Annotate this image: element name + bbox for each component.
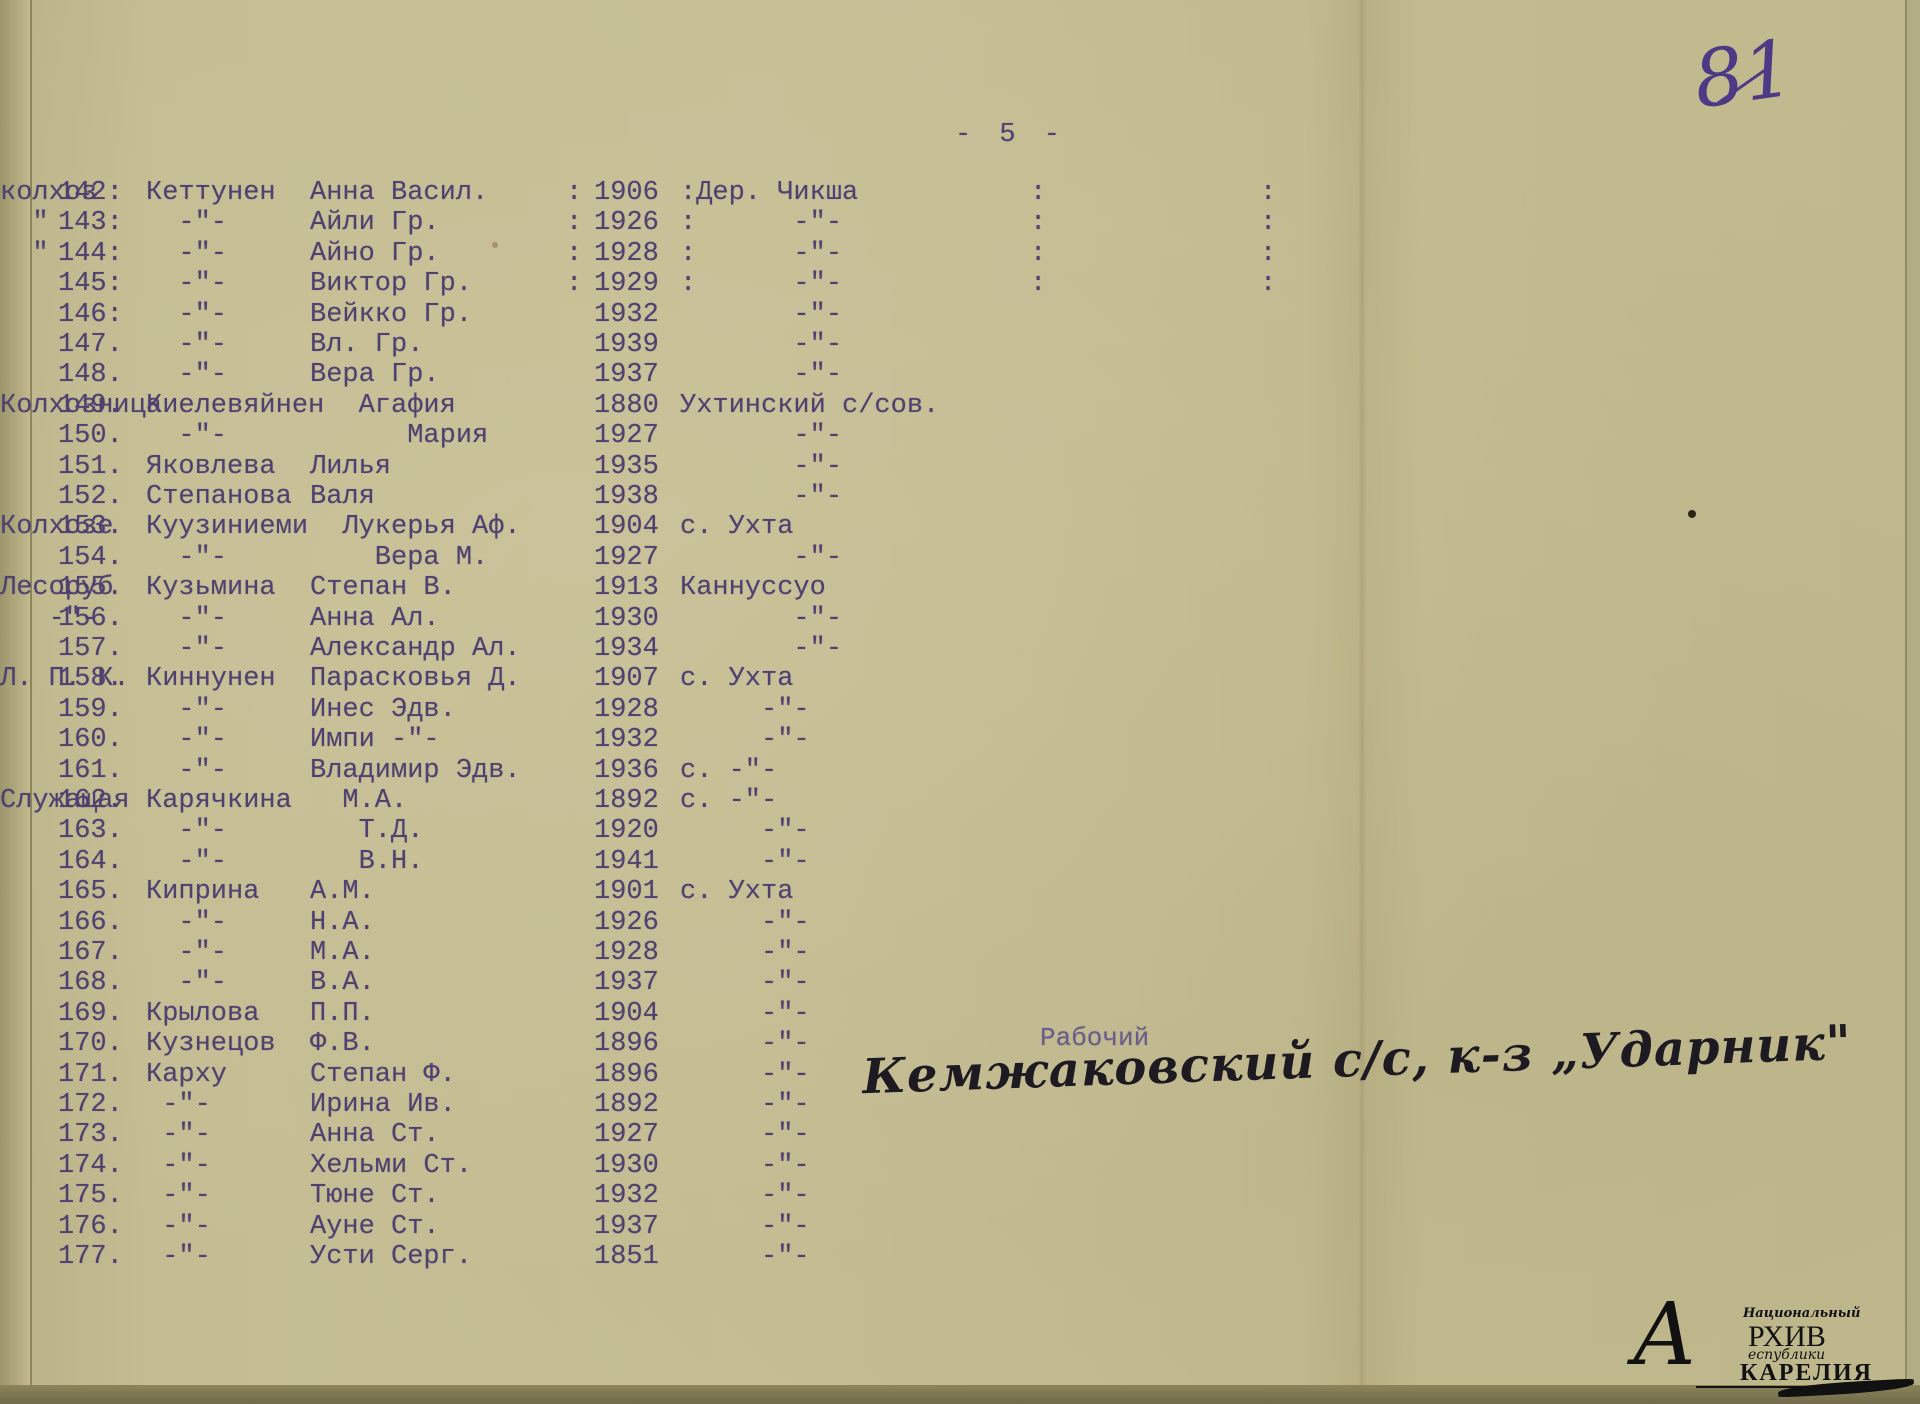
document-page (0, 0, 1920, 1404)
cell-place: с. Ухта (680, 664, 793, 694)
cell-place: -"- (680, 695, 810, 725)
cell-place: : -"- (680, 239, 842, 269)
folio-number: 81 (1688, 24, 1799, 127)
cell-year: 1934 (594, 634, 659, 664)
cell-year: 1941 (594, 847, 659, 877)
cell-year: 1935 (594, 452, 659, 482)
cell-year: 1932 (594, 725, 659, 755)
logo-line-1: Национальный (1743, 1306, 1860, 1321)
cell-given: Вл. Гр. (310, 330, 423, 360)
cell-place: -"- (680, 1212, 810, 1242)
cell-surname: -"- (146, 756, 227, 786)
cell-place: -"- (680, 300, 842, 330)
cell-occupation: колхоз (0, 178, 97, 208)
cell-surname: -"- (146, 1212, 211, 1242)
cell-num: 143: (58, 208, 138, 238)
cell-surname: -"- (146, 968, 227, 998)
cell-surname: -"- (146, 816, 227, 846)
cell-place: -"- (680, 816, 810, 846)
cell-place: с. -"- (680, 756, 777, 786)
cell-surname: Кузнецов (146, 1029, 276, 1059)
cell-place: -"- (680, 847, 810, 877)
cell-surname: Кеттунен (146, 178, 276, 208)
cell-year: 1926 (594, 908, 659, 938)
page-number: - 5 - (955, 120, 1066, 150)
cell-surname: -"- (146, 725, 227, 755)
cell-place: -"- (680, 725, 810, 755)
cell-num: 171. (58, 1060, 138, 1090)
cell-num: 167. (58, 938, 138, 968)
cell-num: 174. (58, 1151, 138, 1181)
cell-place: -"- (680, 938, 810, 968)
cell-surname: -"- (146, 938, 227, 968)
cell-given: Хельми Ст. (310, 1151, 472, 1181)
cell-surname: -"- (146, 1090, 211, 1120)
cell-place: Каннуссуо (680, 573, 826, 603)
cell-num: 173. (58, 1120, 138, 1150)
cell-given: Ауне Ст. (310, 1212, 440, 1242)
cell-num: 148. (58, 360, 138, 390)
cell-occupation: " (0, 208, 49, 238)
cell-given: Парасковья Д. (310, 664, 521, 694)
cell-occupation: -"- (0, 604, 97, 634)
cell-year: 1904 (594, 512, 659, 542)
cell-year: 1929 (594, 269, 659, 299)
right-page-edge (1905, 0, 1920, 1404)
cell-occupation: Лесоруб (0, 573, 113, 603)
cell-given: Виктор Гр. (310, 269, 472, 299)
ink-dot (1688, 510, 1696, 518)
cell-given: Ф.В. (310, 1029, 375, 1059)
cell-occupation: Колхозе (0, 512, 113, 542)
cell-place: -"- (680, 604, 842, 634)
cell-sep3: : (1260, 239, 1276, 269)
cell-place: -"- (680, 1120, 810, 1150)
cell-sep1: : (566, 239, 582, 269)
cell-num: 159. (58, 695, 138, 725)
cell-num: 157. (58, 634, 138, 664)
cell-year: 1880 (594, 391, 659, 421)
cell-surname: -"- (146, 634, 227, 664)
cell-year: 1932 (594, 300, 659, 330)
cell-num: 175. (58, 1181, 138, 1211)
cell-given: Н.А. (310, 908, 375, 938)
cell-year: 1938 (594, 482, 659, 512)
cell-place: -"- (680, 1242, 810, 1272)
cell-year: 1926 (594, 208, 659, 238)
cell-num: 160. (58, 725, 138, 755)
cell-given: А.М. (310, 877, 375, 907)
cell-given: Агафия (310, 391, 456, 421)
cell-surname: Крылова (146, 999, 259, 1029)
cell-surname: -"- (146, 360, 227, 390)
cell-given: Тюне Ст. (310, 1181, 440, 1211)
cell-year: 1937 (594, 968, 659, 998)
cell-year: 1930 (594, 1151, 659, 1181)
cell-num: 161. (58, 756, 138, 786)
cell-surname: -"- (146, 269, 227, 299)
cell-num: 169. (58, 999, 138, 1029)
cell-num: 176. (58, 1212, 138, 1242)
cell-place: -"- (680, 452, 842, 482)
cell-place: -"- (680, 999, 810, 1029)
cell-sep3: : (1260, 178, 1276, 208)
cell-place: с. Ухта (680, 512, 793, 542)
cell-year: 1936 (594, 756, 659, 786)
cell-num: 170. (58, 1029, 138, 1059)
cell-year: 1930 (594, 604, 659, 634)
cell-year: 1913 (594, 573, 659, 603)
cell-place: -"- (680, 1181, 810, 1211)
cell-place: с. Ухта (680, 877, 793, 907)
cell-num: 144: (58, 239, 138, 269)
cell-sep3: : (1260, 269, 1276, 299)
cell-place: -"- (680, 421, 842, 451)
cell-year: 1927 (594, 1120, 659, 1150)
cell-surname: -"- (146, 1181, 211, 1211)
cell-year: 1892 (594, 1090, 659, 1120)
cell-sep2: : (1030, 239, 1046, 269)
cell-place: -"- (680, 543, 842, 573)
cell-year: 1907 (594, 664, 659, 694)
cell-num: 168. (58, 968, 138, 998)
cell-surname: -"- (146, 543, 227, 573)
cell-given: Вера М. (310, 543, 488, 573)
cell-given: Инес Эдв. (310, 695, 456, 725)
cell-given: В.А. (310, 968, 375, 998)
cell-given: М.А. (310, 938, 375, 968)
cell-surname: Кузьмина (146, 573, 276, 603)
cell-year: 1937 (594, 1212, 659, 1242)
cell-given: Анна Ст. (310, 1120, 440, 1150)
cell-surname: -"- (146, 421, 227, 451)
cell-sep1: : (566, 269, 582, 299)
cell-year: 1928 (594, 695, 659, 725)
cell-year: 1927 (594, 421, 659, 451)
cell-surname: -"- (146, 1242, 211, 1272)
cell-num: 166. (58, 908, 138, 938)
cell-place: -"- (680, 1029, 810, 1059)
cell-occupation: " (0, 239, 49, 269)
cell-given: Т.Д. (310, 816, 423, 846)
cell-given: Ирина Ив. (310, 1090, 456, 1120)
cell-occupation: Колхозница (0, 391, 162, 421)
cell-given: Вера Гр. (310, 360, 440, 390)
cell-num: 163. (58, 816, 138, 846)
cell-year: 1896 (594, 1060, 659, 1090)
cell-surname: Яковлева (146, 452, 276, 482)
cell-sep1: : (566, 178, 582, 208)
cell-surname: -"- (146, 208, 227, 238)
cell-place: Ухтинский с/сов. (680, 391, 939, 421)
cell-place: : -"- (680, 208, 842, 238)
cell-year: 1932 (594, 1181, 659, 1211)
cell-surname: -"- (146, 695, 227, 725)
cell-surname: Куузиниеми (146, 512, 308, 542)
cell-place: -"- (680, 360, 842, 390)
cell-place: с. -"- (680, 786, 777, 816)
cell-num: 145: (58, 269, 138, 299)
cell-year: 1939 (594, 330, 659, 360)
cell-surname: -"- (146, 330, 227, 360)
cell-given: Владимир Эдв. (310, 756, 521, 786)
cell-surname: -"- (146, 847, 227, 877)
cell-year: 1896 (594, 1029, 659, 1059)
cell-num: 147. (58, 330, 138, 360)
cell-year: 1920 (594, 816, 659, 846)
cell-num: 150. (58, 421, 138, 451)
cell-given: П.П. (310, 999, 375, 1029)
cell-given: Импи -"- (310, 725, 440, 755)
cell-sep1: : (566, 208, 582, 238)
cell-surname: Киприна (146, 877, 259, 907)
cell-surname: -"- (146, 300, 227, 330)
cell-sep3: : (1260, 208, 1276, 238)
cell-year: 1928 (594, 239, 659, 269)
cell-given: Анна Васил. (310, 178, 488, 208)
cell-given: В.Н. (310, 847, 423, 877)
cell-given: Анна Ал. (310, 604, 440, 634)
cell-place: :Дер. Чикша (680, 178, 858, 208)
cell-given: Усти Серг. (310, 1242, 472, 1272)
cell-surname: Карху (146, 1060, 227, 1090)
cell-occupation: Л. П. К. (0, 664, 130, 694)
cell-sep2: : (1030, 208, 1046, 238)
cell-given: Степан Ф. (310, 1060, 456, 1090)
cell-year: 1927 (594, 543, 659, 573)
cell-num: 177. (58, 1242, 138, 1272)
cell-year: 1906 (594, 178, 659, 208)
cell-given: Александр Ал. (310, 634, 521, 664)
cell-surname: Степанова (146, 482, 292, 512)
cell-surname: -"- (146, 604, 227, 634)
cell-num: 164. (58, 847, 138, 877)
cell-num: 151. (58, 452, 138, 482)
cell-surname: -"- (146, 1151, 211, 1181)
cell-surname: Карячкина (146, 786, 292, 816)
cell-place: -"- (680, 1151, 810, 1181)
cell-given: М.А. (310, 786, 407, 816)
cell-given: Мария (310, 421, 488, 451)
cell-sep2: : (1030, 178, 1046, 208)
cell-place: -"- (680, 908, 810, 938)
cell-place: -"- (680, 482, 842, 512)
page-fold (1358, 0, 1366, 1404)
cell-year: 1928 (594, 938, 659, 968)
logo-initial: А (1632, 1290, 1697, 1380)
cell-year: 1904 (594, 999, 659, 1029)
cell-surname: -"- (146, 908, 227, 938)
cell-given: Лилья (310, 452, 391, 482)
cell-year: 1892 (594, 786, 659, 816)
cell-surname: -"- (146, 1120, 211, 1150)
cell-year: 1851 (594, 1242, 659, 1272)
cell-given: Айно Гр. (310, 239, 440, 269)
cell-year: 1937 (594, 360, 659, 390)
cell-num: 152. (58, 482, 138, 512)
cell-place: -"- (680, 634, 842, 664)
cell-occupation: Служащая (0, 786, 130, 816)
cell-sep2: : (1030, 269, 1046, 299)
cell-num: 165. (58, 877, 138, 907)
cell-surname: Киннунен (146, 664, 276, 694)
cell-given: Айли Гр. (310, 208, 440, 238)
cell-year: 1901 (594, 877, 659, 907)
cell-num: 172. (58, 1090, 138, 1120)
cell-place: -"- (680, 968, 810, 998)
cell-given: Валя (310, 482, 375, 512)
cell-place: -"- (680, 330, 842, 360)
cell-num: 146: (58, 300, 138, 330)
cell-given: Лукерья Аф. (310, 512, 521, 542)
cell-place: : -"- (680, 269, 842, 299)
cell-surname: Киелевяйнен (146, 391, 324, 421)
cell-place: -"- (680, 1060, 810, 1090)
paper-stain (492, 242, 498, 248)
cell-given: Степан В. (310, 573, 456, 603)
cell-place: -"- (680, 1090, 810, 1120)
cell-given: Вейкко Гр. (310, 300, 472, 330)
cell-surname: -"- (146, 239, 227, 269)
archive-logo: А Национальный РХИВ еспублики КАРЕЛИЯ (1628, 1290, 1914, 1390)
cell-num: 154. (58, 543, 138, 573)
